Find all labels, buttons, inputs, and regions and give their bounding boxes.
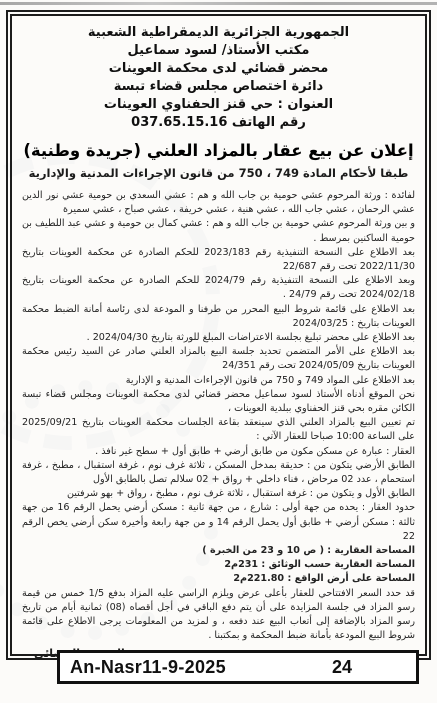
body-paragraph-first-floor: الطابق الأول و يتكون من : غرفة استقبال ،… <box>22 487 415 501</box>
header-line-phone: رقم الهاتف 037.65.15.16 <box>22 114 415 132</box>
body-paragraph-area-reference: المساحة العقارية : ( ص 10 و 23 من الخبرة… <box>22 544 415 558</box>
body-paragraph-ground-floor: الطابق الأرضي يتكون من : حديقة بمدخل الم… <box>22 459 415 487</box>
body-paragraph-writ-2: وبعد الاطلاع على النسخة التنفيذية رقم 20… <box>22 274 415 302</box>
body-paragraph-undersigned: نحن الموقع أدناه الأستاذ لسود سماعيل محض… <box>22 388 415 416</box>
notice-border-frame: الجمهورية الجزائرية الديمقراطية الشعبية … <box>6 10 431 660</box>
body-paragraph-sale-conditions: بعد الاطلاع على قائمة شروط البيع المحرر … <box>22 303 415 331</box>
footer-page-number: 24 <box>332 657 352 678</box>
body-paragraph-other-heirs: و بين ورثة المرحوم عشي حومية بن جاب الله… <box>22 217 415 245</box>
body-paragraph-boundaries: حدود العقار : يحده من جهة أولى : شارع ، … <box>22 501 415 544</box>
notice-body: لفائدة : ورثة المرحوم عشي حومية بن جاب ا… <box>22 189 415 644</box>
notice-title: إعلان عن بيع عقار بالمزاد العلني (جريدة … <box>22 140 415 162</box>
header-line-address: العنوان : حي قنز الحفناوي العوينات <box>22 96 415 114</box>
scan-clipping-edge <box>0 2 437 5</box>
body-paragraph-objections-session: بعد الاطلاع على محضر تبليغ بجلسة الاعترا… <box>22 331 415 345</box>
header-line-republic: الجمهورية الجزائرية الديمقراطية الشعبية <box>22 24 415 42</box>
body-paragraph-legal-articles: بعد الاطلاع على المواد 749 و 750 من قانو… <box>22 374 415 388</box>
footer-newspaper-date: An-Nasr11-9-2025 <box>60 657 226 678</box>
body-paragraph-writ-1: بعد الاطلاع على النسخة التنفيذية رقم 202… <box>22 246 415 274</box>
notice-content: الجمهورية الجزائرية الديمقراطية الشعبية … <box>10 14 427 656</box>
body-paragraph-area-actual: المساحة على أرض الواقع : 221.80م2 <box>22 572 415 586</box>
header-line-office: مكتب الأستاذ/ لسود سماعيل <box>22 42 415 60</box>
header-line-bailiff: محضر قضائي لدى محكمة العوينات <box>22 60 415 78</box>
scanned-legal-notice-page: الجمهورية الجزائرية الديمقراطية الشعبية … <box>0 0 437 703</box>
body-paragraph-property-description: العقار : عبارة عن مسكن مكون من طابق أرضي… <box>22 445 415 459</box>
newspaper-footer-strip: An-Nasr11-9-2025 24 <box>57 650 419 684</box>
notice-subtitle: طبقا لأحكام المادة 749 ، 750 من قانون ال… <box>22 166 415 181</box>
header-line-jurisdiction: دائرة اختصاص مجلس قضاء تبسة <box>22 78 415 96</box>
body-paragraph-auction-date: تم تعيين البيع بالمزاد العلني الذي سينعق… <box>22 416 415 444</box>
notice-header: الجمهورية الجزائرية الديمقراطية الشعبية … <box>22 24 415 132</box>
body-paragraph-auction-order: بعد الاطلاع على الأمر المتضمن تحديد جلسة… <box>22 345 415 373</box>
body-paragraph-beneficiaries: لفائدة : ورثة المرحوم عشي حومية بن جاب ا… <box>22 189 415 217</box>
body-paragraph-price-terms: قد حدد السعر الافتتاحي للعقار بأعلى عرض … <box>22 587 415 644</box>
body-paragraph-area-documents: المساحة العقارية حسب الوثائق : 231م2 <box>22 558 415 572</box>
